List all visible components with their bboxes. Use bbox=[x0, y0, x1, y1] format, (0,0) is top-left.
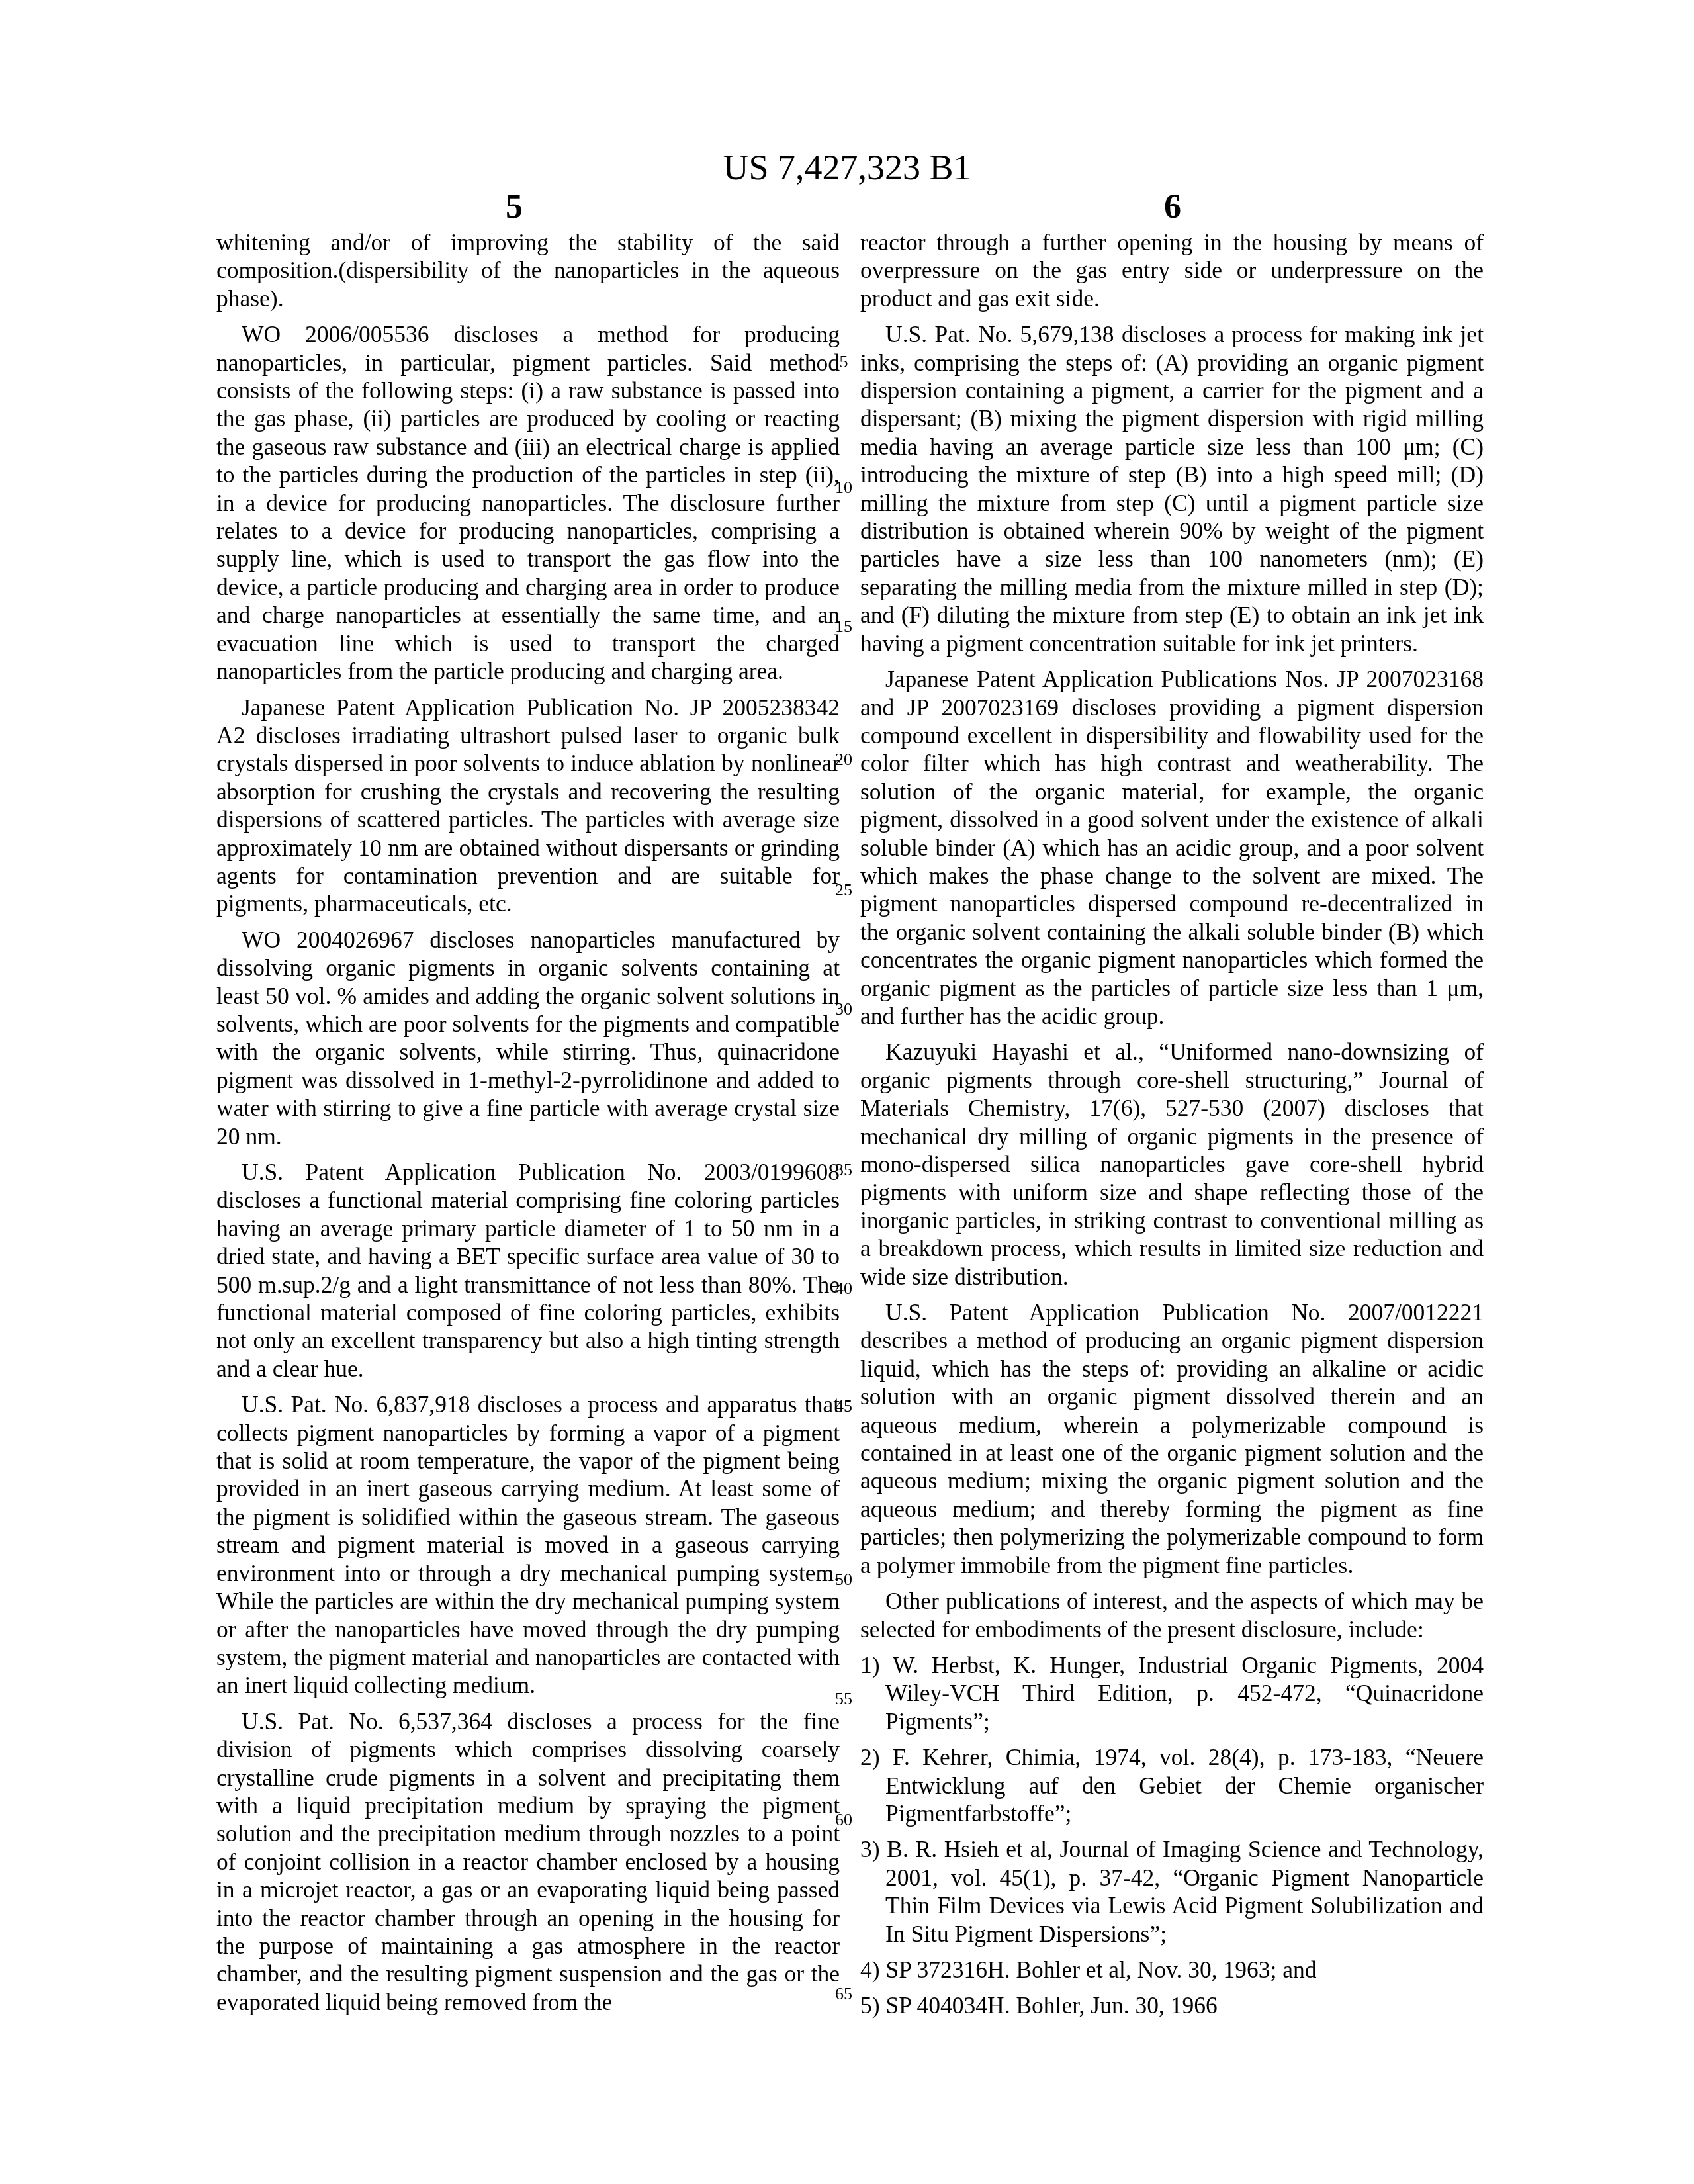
column-number-right: 6 bbox=[1139, 187, 1206, 226]
paragraph: WO 2004026967 discloses nanoparticles ma… bbox=[216, 926, 840, 1150]
line-number: 60 bbox=[830, 1810, 857, 1830]
reference-item: 1) W. Herbst, K. Hunger, Industrial Orga… bbox=[860, 1651, 1484, 1735]
line-number: 45 bbox=[830, 1396, 857, 1416]
reference-item: 5) SP 404034H. Bohler, Jun. 30, 1966 bbox=[860, 1991, 1484, 2019]
paragraph: WO 2006/005536 discloses a method for pr… bbox=[216, 320, 840, 685]
column-number-left: 5 bbox=[481, 187, 547, 226]
line-number: 5 bbox=[830, 352, 857, 372]
paragraph: Kazuyuki Hayashi et al., “Uniformed nano… bbox=[860, 1038, 1484, 1291]
paragraph: Japanese Patent Application Publications… bbox=[860, 665, 1484, 1030]
line-number: 35 bbox=[830, 1160, 857, 1180]
paragraph: U.S. Pat. No. 6,837,918 discloses a proc… bbox=[216, 1390, 840, 1699]
paragraph: Japanese Patent Application Publication … bbox=[216, 694, 840, 918]
reference-item: 2) F. Kehrer, Chimia, 1974, vol. 28(4), … bbox=[860, 1743, 1484, 1827]
line-number: 65 bbox=[830, 1984, 857, 2004]
paragraph: U.S. Pat. No. 5,679,138 discloses a proc… bbox=[860, 320, 1484, 657]
paragraph: Other publications of interest, and the … bbox=[860, 1587, 1484, 1643]
line-number: 20 bbox=[830, 750, 857, 770]
paragraph: reactor through a further opening in the… bbox=[860, 228, 1484, 312]
line-number: 40 bbox=[830, 1279, 857, 1298]
paragraph: U.S. Patent Application Publication No. … bbox=[860, 1298, 1484, 1579]
left-text-column: whitening and/or of improving the stabil… bbox=[216, 228, 840, 2024]
line-number: 25 bbox=[830, 880, 857, 900]
right-text-column: reactor through a further opening in the… bbox=[860, 228, 1484, 2028]
line-number: 30 bbox=[830, 999, 857, 1019]
line-number: 50 bbox=[830, 1570, 857, 1590]
paragraph: U.S. Pat. No. 6,537,364 discloses a proc… bbox=[216, 1707, 840, 2016]
paragraph: U.S. Patent Application Publication No. … bbox=[216, 1158, 840, 1383]
reference-item: 4) SP 372316H. Bohler et al, Nov. 30, 19… bbox=[860, 1956, 1484, 1983]
paragraph: whitening and/or of improving the stabil… bbox=[216, 228, 840, 312]
line-number: 10 bbox=[830, 478, 857, 498]
line-number: 55 bbox=[830, 1689, 857, 1709]
line-number: 15 bbox=[830, 617, 857, 637]
reference-item: 3) B. R. Hsieh et al, Journal of Imaging… bbox=[860, 1835, 1484, 1948]
patent-number-header: US 7,427,323 B1 bbox=[0, 147, 1694, 188]
